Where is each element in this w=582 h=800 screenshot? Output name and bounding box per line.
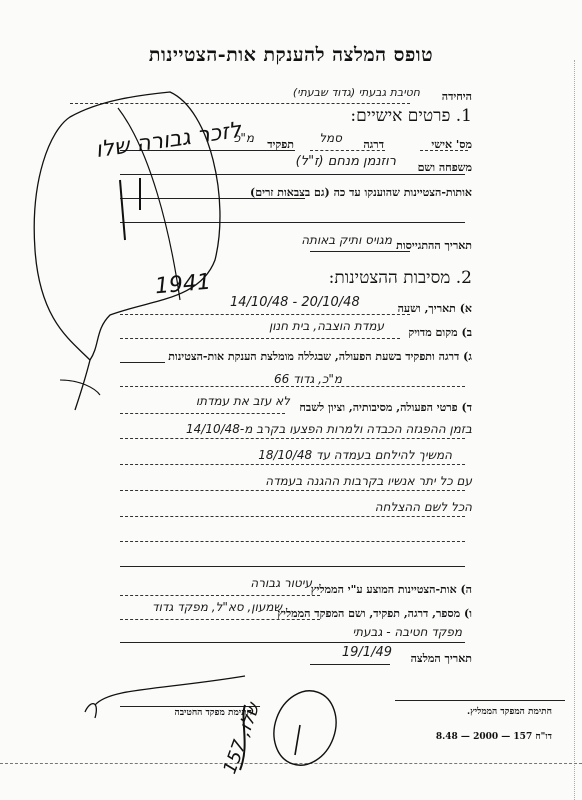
item-c: ג) דרגה ותפקיד בשעת הפעולה, שבגללה מומלצ… [168, 350, 472, 363]
details-field-6[interactable] [120, 566, 465, 567]
unit-label-text: היחידה [442, 90, 472, 103]
item-d: ד) פרטי הפעולה, מסיבותיה, וציון לשבח [299, 401, 472, 414]
name-field[interactable] [120, 174, 465, 175]
item-b: ב) מקום מדויק [408, 326, 472, 339]
recommend-date-label: תאריך המלצה [411, 652, 472, 665]
item-v-value-2: מפקד חטיבה - גבעתי [352, 625, 462, 639]
form-title: טופס המלצה להענקת אות-הצטיינות [0, 44, 582, 67]
item-v-field[interactable] [120, 619, 320, 620]
details-line-2: המשיך להילחם בעמדה עד 18/10/48 [258, 448, 452, 462]
name-label: משפחה ושם [418, 161, 472, 174]
section2-heading: 2. מסיבות ההצטינות: [329, 268, 472, 288]
page-bottom-edge [0, 763, 582, 764]
form-code: דו"ח 157 — 2000 — 8.48 [436, 731, 552, 742]
item-c-field-2[interactable] [120, 386, 465, 387]
item-a-letter: א) [460, 302, 472, 315]
margin-note-approval: לזכר גבורה שלו [94, 118, 243, 163]
unit-value: חטיבת גבעתי (גדוד שבעתי) [293, 86, 420, 99]
item-v-value: שמעון, סא"ל, מפקד גדוד [152, 600, 282, 614]
item-b-label: מקום מדויק [408, 326, 457, 339]
item-b-field[interactable] [120, 338, 400, 339]
item-d-letter: ד) [462, 401, 473, 414]
item-b-letter: ב) [461, 326, 472, 339]
personal-number-field[interactable] [420, 150, 468, 151]
recommend-date-field[interactable] [310, 664, 390, 665]
item-c-label: דרגה ותפקיד בשעת הפעולה, שבגללה מומלצת ה… [168, 350, 459, 363]
prior-awards-field[interactable] [120, 198, 305, 199]
item-h-label: ה) אות-הצטיינות המוצע ע"י הממליץ [311, 583, 472, 596]
section1-heading: 1. פרטים אישיים: [350, 106, 472, 126]
enlist-date-field[interactable] [310, 251, 410, 252]
item-b-value: עמדת הוצבה, בית חנון [269, 319, 384, 333]
rank-field[interactable] [310, 150, 385, 151]
item-h-value: עיטור גבורה [250, 576, 312, 590]
item-d-label: פרטי הפעולה, מסיבותיה, וציון לשבח [299, 401, 457, 414]
item-c-field[interactable] [120, 362, 165, 363]
unit-label: היחידה [442, 90, 472, 103]
item-h-field[interactable] [120, 595, 320, 596]
item-v-field-2[interactable] [120, 642, 465, 643]
prior-awards-field-2[interactable] [120, 222, 465, 223]
details-line-4: הכל לשם ההצלחה [375, 500, 472, 514]
item-a-value: 14/10/48 - 20/10/48 [230, 295, 360, 310]
commander-signature-label: חתימת המפקד הממליץ. [467, 706, 552, 717]
details-field-3[interactable] [120, 490, 465, 491]
name-value: רוזנמן מנחם (ז"ל) [296, 154, 396, 169]
handwriting-strokes [0, 0, 582, 800]
details-field-2[interactable] [120, 464, 465, 465]
details-field-4[interactable] [120, 516, 465, 517]
item-c-letter: ג) [463, 350, 472, 363]
perforation-edge [574, 60, 575, 800]
enlist-date-value: מגויס ותיק באותה [301, 233, 392, 247]
item-c-value: מ"כ, גדוד 66 [274, 372, 342, 386]
margin-stamp-number: 1941 [154, 270, 212, 300]
item-a-field[interactable] [120, 314, 410, 315]
recommend-date-value: 19/1/49 [342, 645, 392, 660]
details-field-1[interactable] [120, 438, 465, 439]
unit-underline [70, 103, 410, 104]
details-line-1: בזמן ההפגזה הכבדה ולמרות הפצעו בקרב מ-14… [186, 422, 472, 436]
document-page: טופס המלצה להענקת אות-הצטיינות היחידה חט… [0, 0, 582, 800]
item-d-value: לא עזב את עמדתו [196, 394, 290, 408]
commander-signature-line[interactable] [395, 700, 565, 701]
item-d-field[interactable] [120, 413, 285, 414]
details-field-5[interactable] [120, 541, 465, 542]
details-line-3: עם כל יתר אנשיו בקרבות ההגנה בעמדה [265, 474, 472, 488]
rank-value: סמל [319, 131, 342, 145]
